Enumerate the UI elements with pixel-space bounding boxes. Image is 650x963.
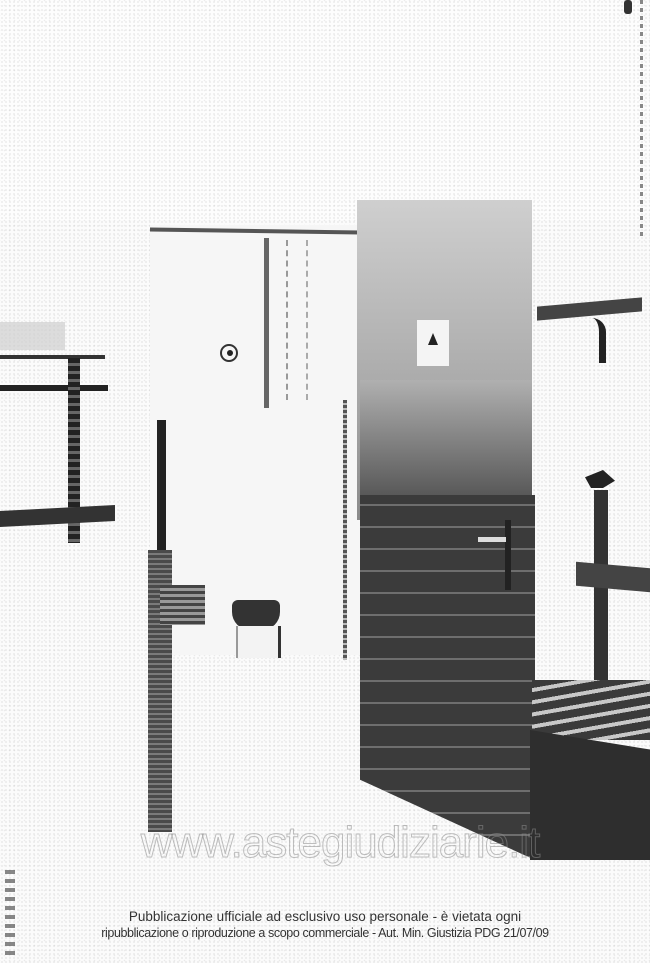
door-handle-lever [478,537,506,542]
watermark: www.astegiudiziarie.it [130,818,550,868]
doorway-edge [343,400,347,660]
footer-line-2: ripubblicazione o riproduzione a scopo c… [0,925,650,941]
scanned-photo: www.astegiudiziarie.it Pubblicazione uff… [0,0,650,963]
coat-hook-icon [585,318,606,363]
left-wall-panel [0,322,65,350]
left-bench-top-rail [0,355,105,359]
door-handle [505,520,511,590]
door-upper-panel [360,380,532,500]
wall-pipe [264,238,269,408]
wall-fixture-icon [220,344,238,362]
right-bench-seat [532,680,650,740]
footer-disclaimer: Pubblicazione ufficiale ad esclusivo uso… [0,909,650,941]
far-right-edge [640,0,643,240]
left-bench-bar [0,385,108,391]
footer-line-1: Pubblicazione ufficiale ad esclusivo uso… [0,909,650,925]
bucket [232,600,280,658]
left-door-post [157,420,166,550]
floor-object [160,585,205,625]
person-sign-icon [428,333,438,345]
bucket-body [236,626,281,658]
top-right-mark [624,0,632,14]
wall-pipe-secondary [286,240,308,400]
